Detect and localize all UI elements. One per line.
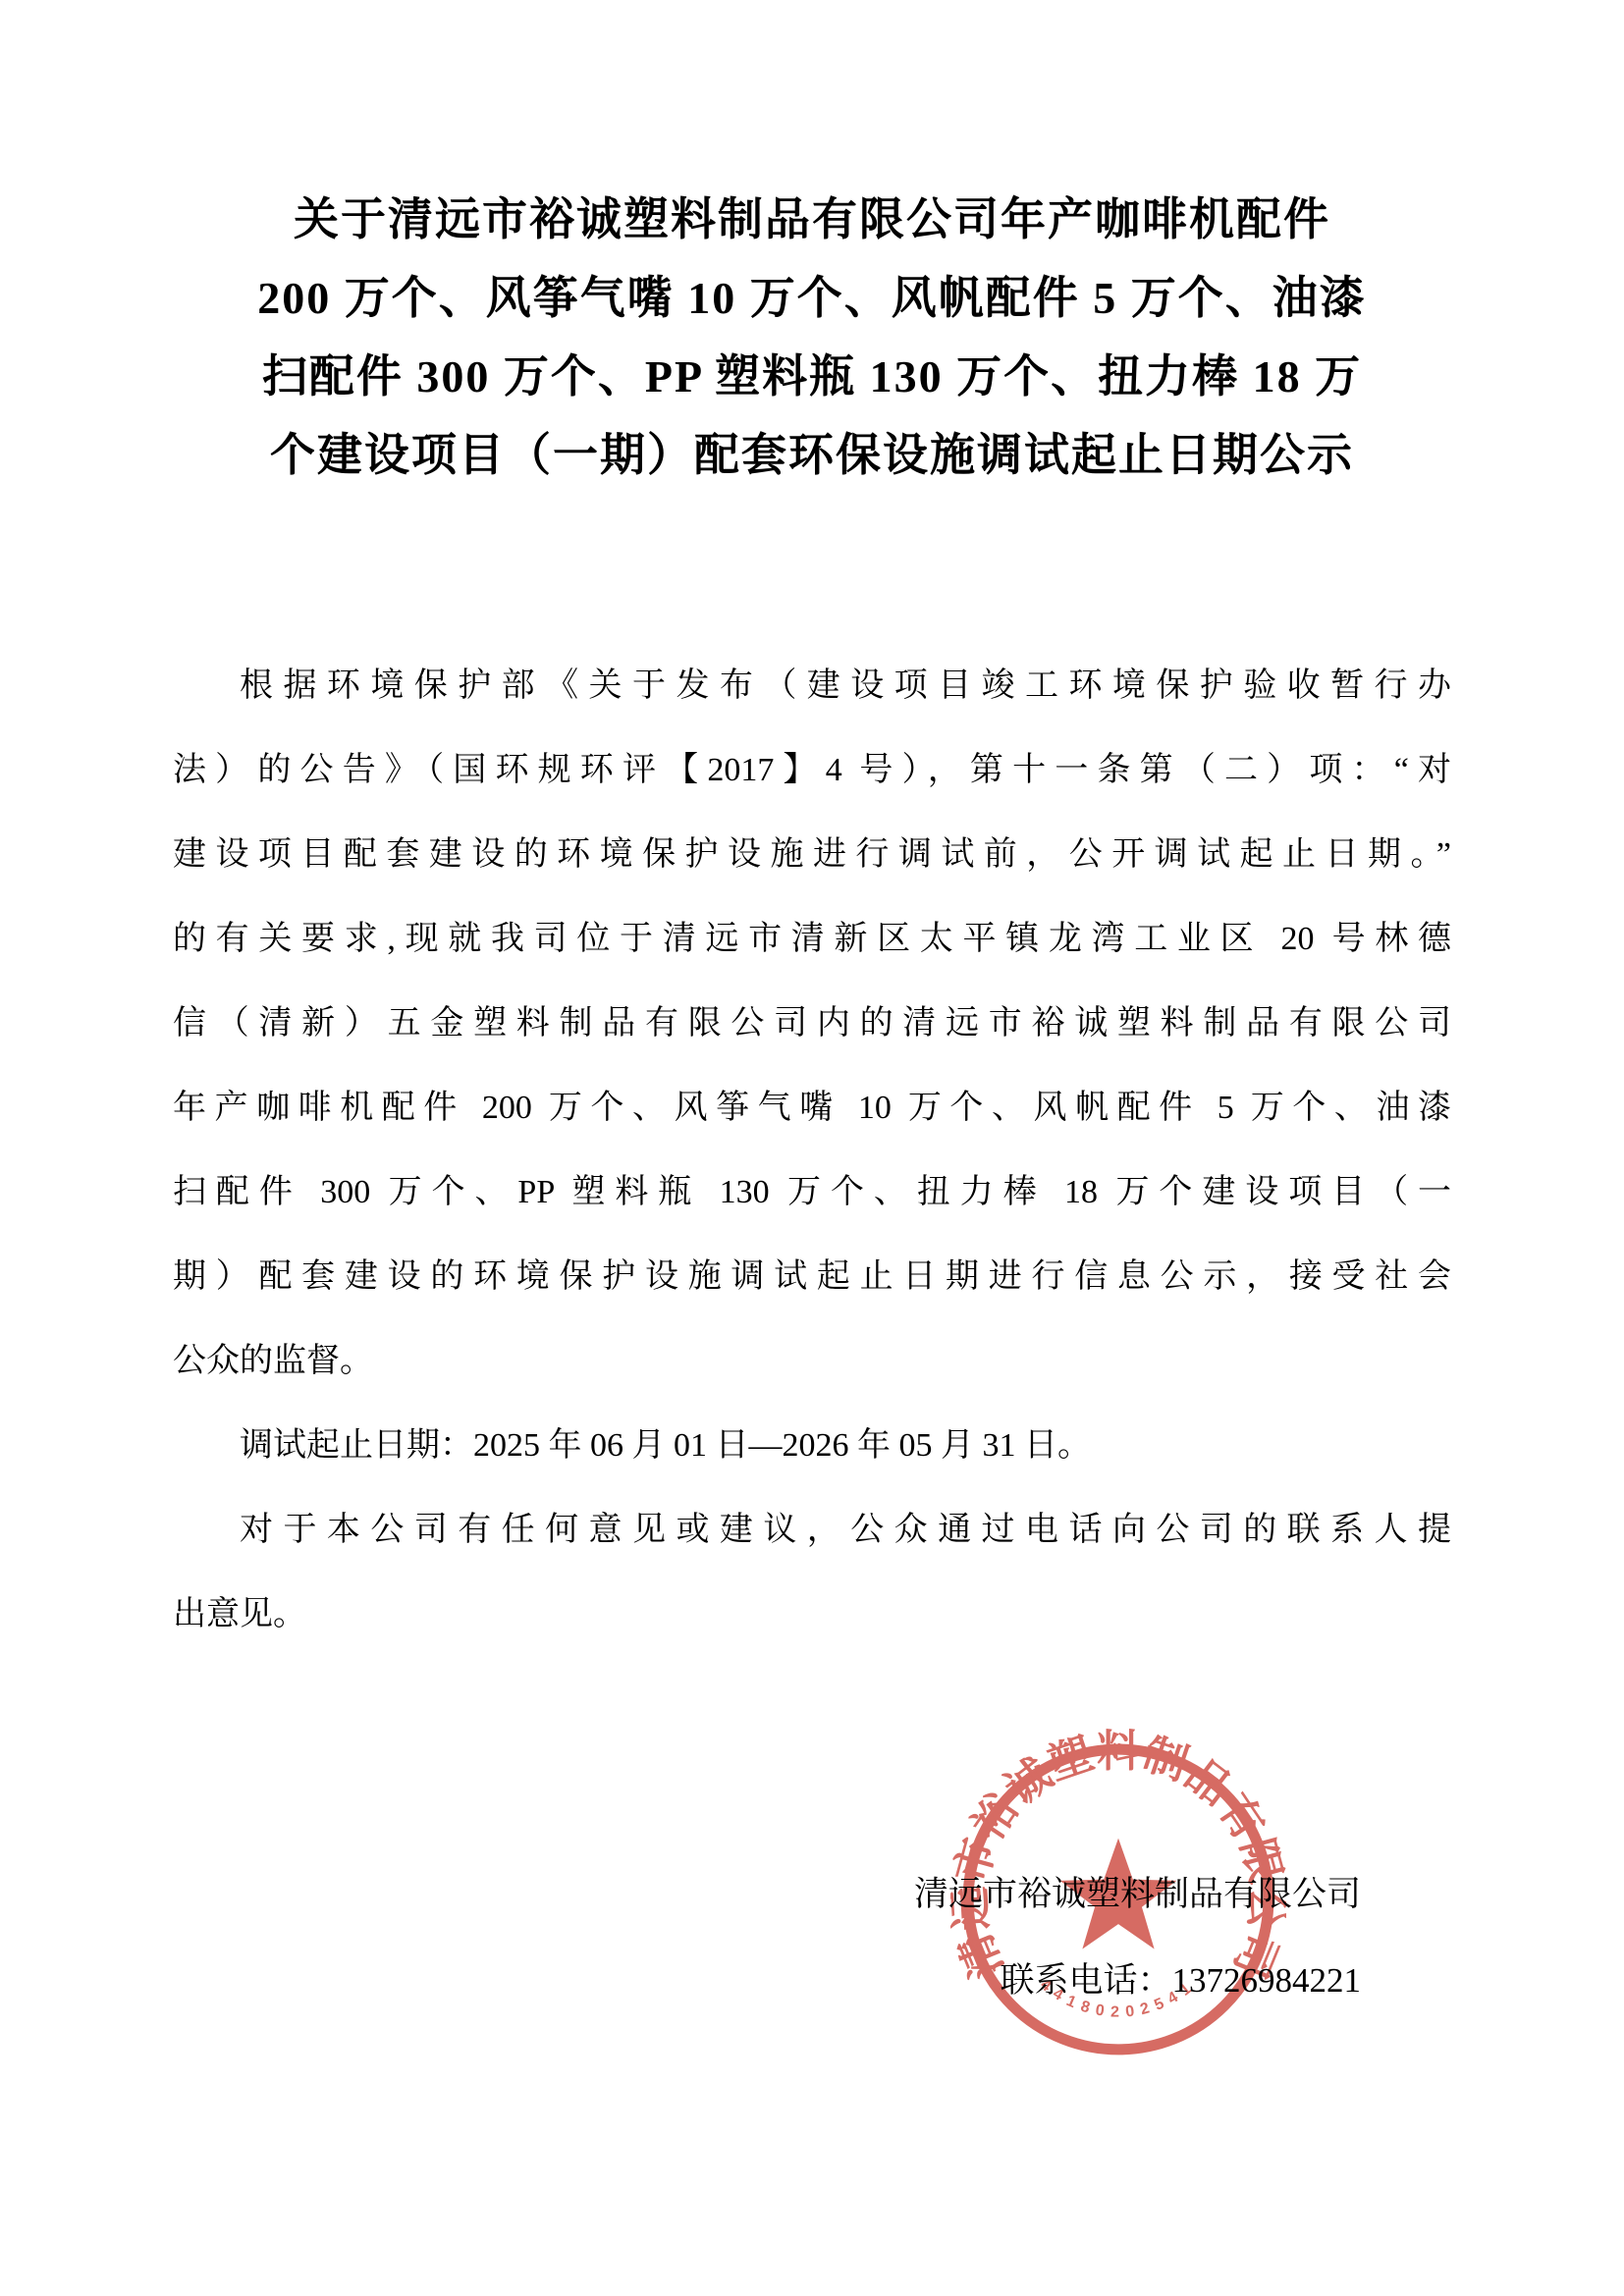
title-line: 个建设项目（一期）配套环保设施调试起止日期公示: [137, 416, 1487, 495]
body-line: 建设项目配套建设的环境保护设施进行调试前，公开调试起止日期。”: [173, 813, 1451, 897]
signature-company-name: 清远市裕诚塑料制品有限公司: [914, 1851, 1361, 1938]
title-line: 扫配件 300 万个、PP 塑料瓶 130 万个、扭力棒 18 万: [137, 338, 1487, 416]
body-line: 法）的公告》（国环规环评【2017】4 号），第十一条第（二）项：“对: [173, 728, 1451, 813]
body-line: 根据环境保护部《关于发布（建设项目竣工环境保护验收暂行办: [173, 644, 1451, 728]
body-line: 年产咖啡机配件 200 万个、风筝气嘴 10 万个、风帆配件 5 万个、油漆: [173, 1066, 1451, 1150]
document-body: 根据环境保护部《关于发布（建设项目竣工环境保护验收暂行办 法）的公告》（国环规环…: [173, 644, 1451, 1657]
body-line: 出意见。: [173, 1573, 1451, 1657]
title-line: 200 万个、风筝气嘴 10 万个、风帆配件 5 万个、油漆: [137, 259, 1487, 338]
title-line: 关于清远市裕诚塑料制品有限公司年产咖啡机配件: [137, 181, 1487, 259]
signature-block: 清远市裕诚塑料制品有限公司 联系电话：13726984221: [914, 1851, 1361, 2024]
document-page: 关于清远市裕诚塑料制品有限公司年产咖啡机配件 200 万个、风筝气嘴 10 万个…: [0, 0, 1624, 2296]
document-title: 关于清远市裕诚塑料制品有限公司年产咖啡机配件 200 万个、风筝气嘴 10 万个…: [137, 181, 1487, 495]
body-line: 对于本公司有任何意见或建议，公众通过电话向公司的联系人提: [173, 1488, 1451, 1573]
body-line: 公众的监督。: [173, 1319, 1451, 1404]
body-line: 信（清新）五金塑料制品有限公司内的清远市裕诚塑料制品有限公司: [173, 982, 1451, 1066]
commissioning-dates-line: 调试起止日期：2025 年 06 月 01 日—2026 年 05 月 31 日…: [173, 1404, 1451, 1488]
signature-phone: 联系电话：13726984221: [914, 1938, 1361, 2024]
body-line: 期）配套建设的环境保护设施调试起止日期进行信息公示，接受社会: [173, 1235, 1451, 1319]
body-line: 的有关要求,现就我司位于清远市清新区太平镇龙湾工业区 20 号林德: [173, 897, 1451, 982]
body-line: 扫配件 300 万个、PP 塑料瓶 130 万个、扭力棒 18 万个建设项目（一: [173, 1150, 1451, 1235]
